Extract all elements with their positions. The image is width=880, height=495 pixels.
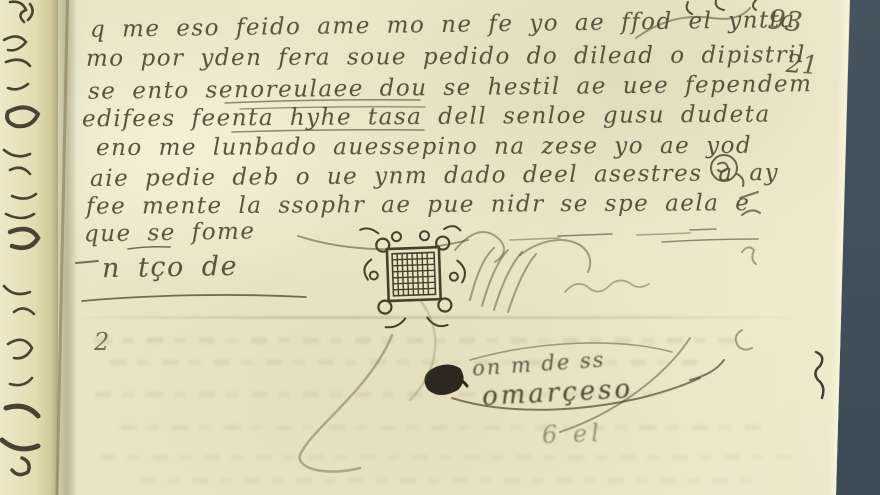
page-edge-highlight: [828, 0, 849, 495]
bleedthrough-line: [120, 425, 760, 430]
folio-number-top: 93: [766, 4, 803, 38]
horizontal-fold-crease: [70, 316, 810, 319]
book-gutter: [50, 0, 88, 495]
bleedthrough-line: [100, 455, 800, 460]
manuscript-line-7: fee mente la ssophr ae pue nidr se spe a…: [86, 190, 751, 219]
folio-number-bottom: 21: [785, 49, 819, 80]
manuscript-line-8: que se fome: [84, 219, 256, 248]
manuscript-line-5: eno me lunbado auessepino na zese yo ae …: [96, 133, 752, 161]
manuscript-photo: q me eso feido ame mo ne fe yo ae ffod e…: [0, 0, 880, 495]
bleedthrough-line: [140, 478, 760, 483]
bleedthrough-line: [95, 338, 745, 343]
margin-number: 2: [94, 328, 109, 356]
signature-below-mark: 6 el: [542, 419, 604, 449]
closing-formula: n tço de: [102, 251, 239, 284]
manuscript-line-4: edifees feenta hyhe tasa dell senloe gus…: [82, 102, 771, 133]
bleedthrough-line: [110, 360, 710, 365]
manuscript-line-2: mo por yden fera soue pedido do dilead o…: [86, 42, 806, 72]
